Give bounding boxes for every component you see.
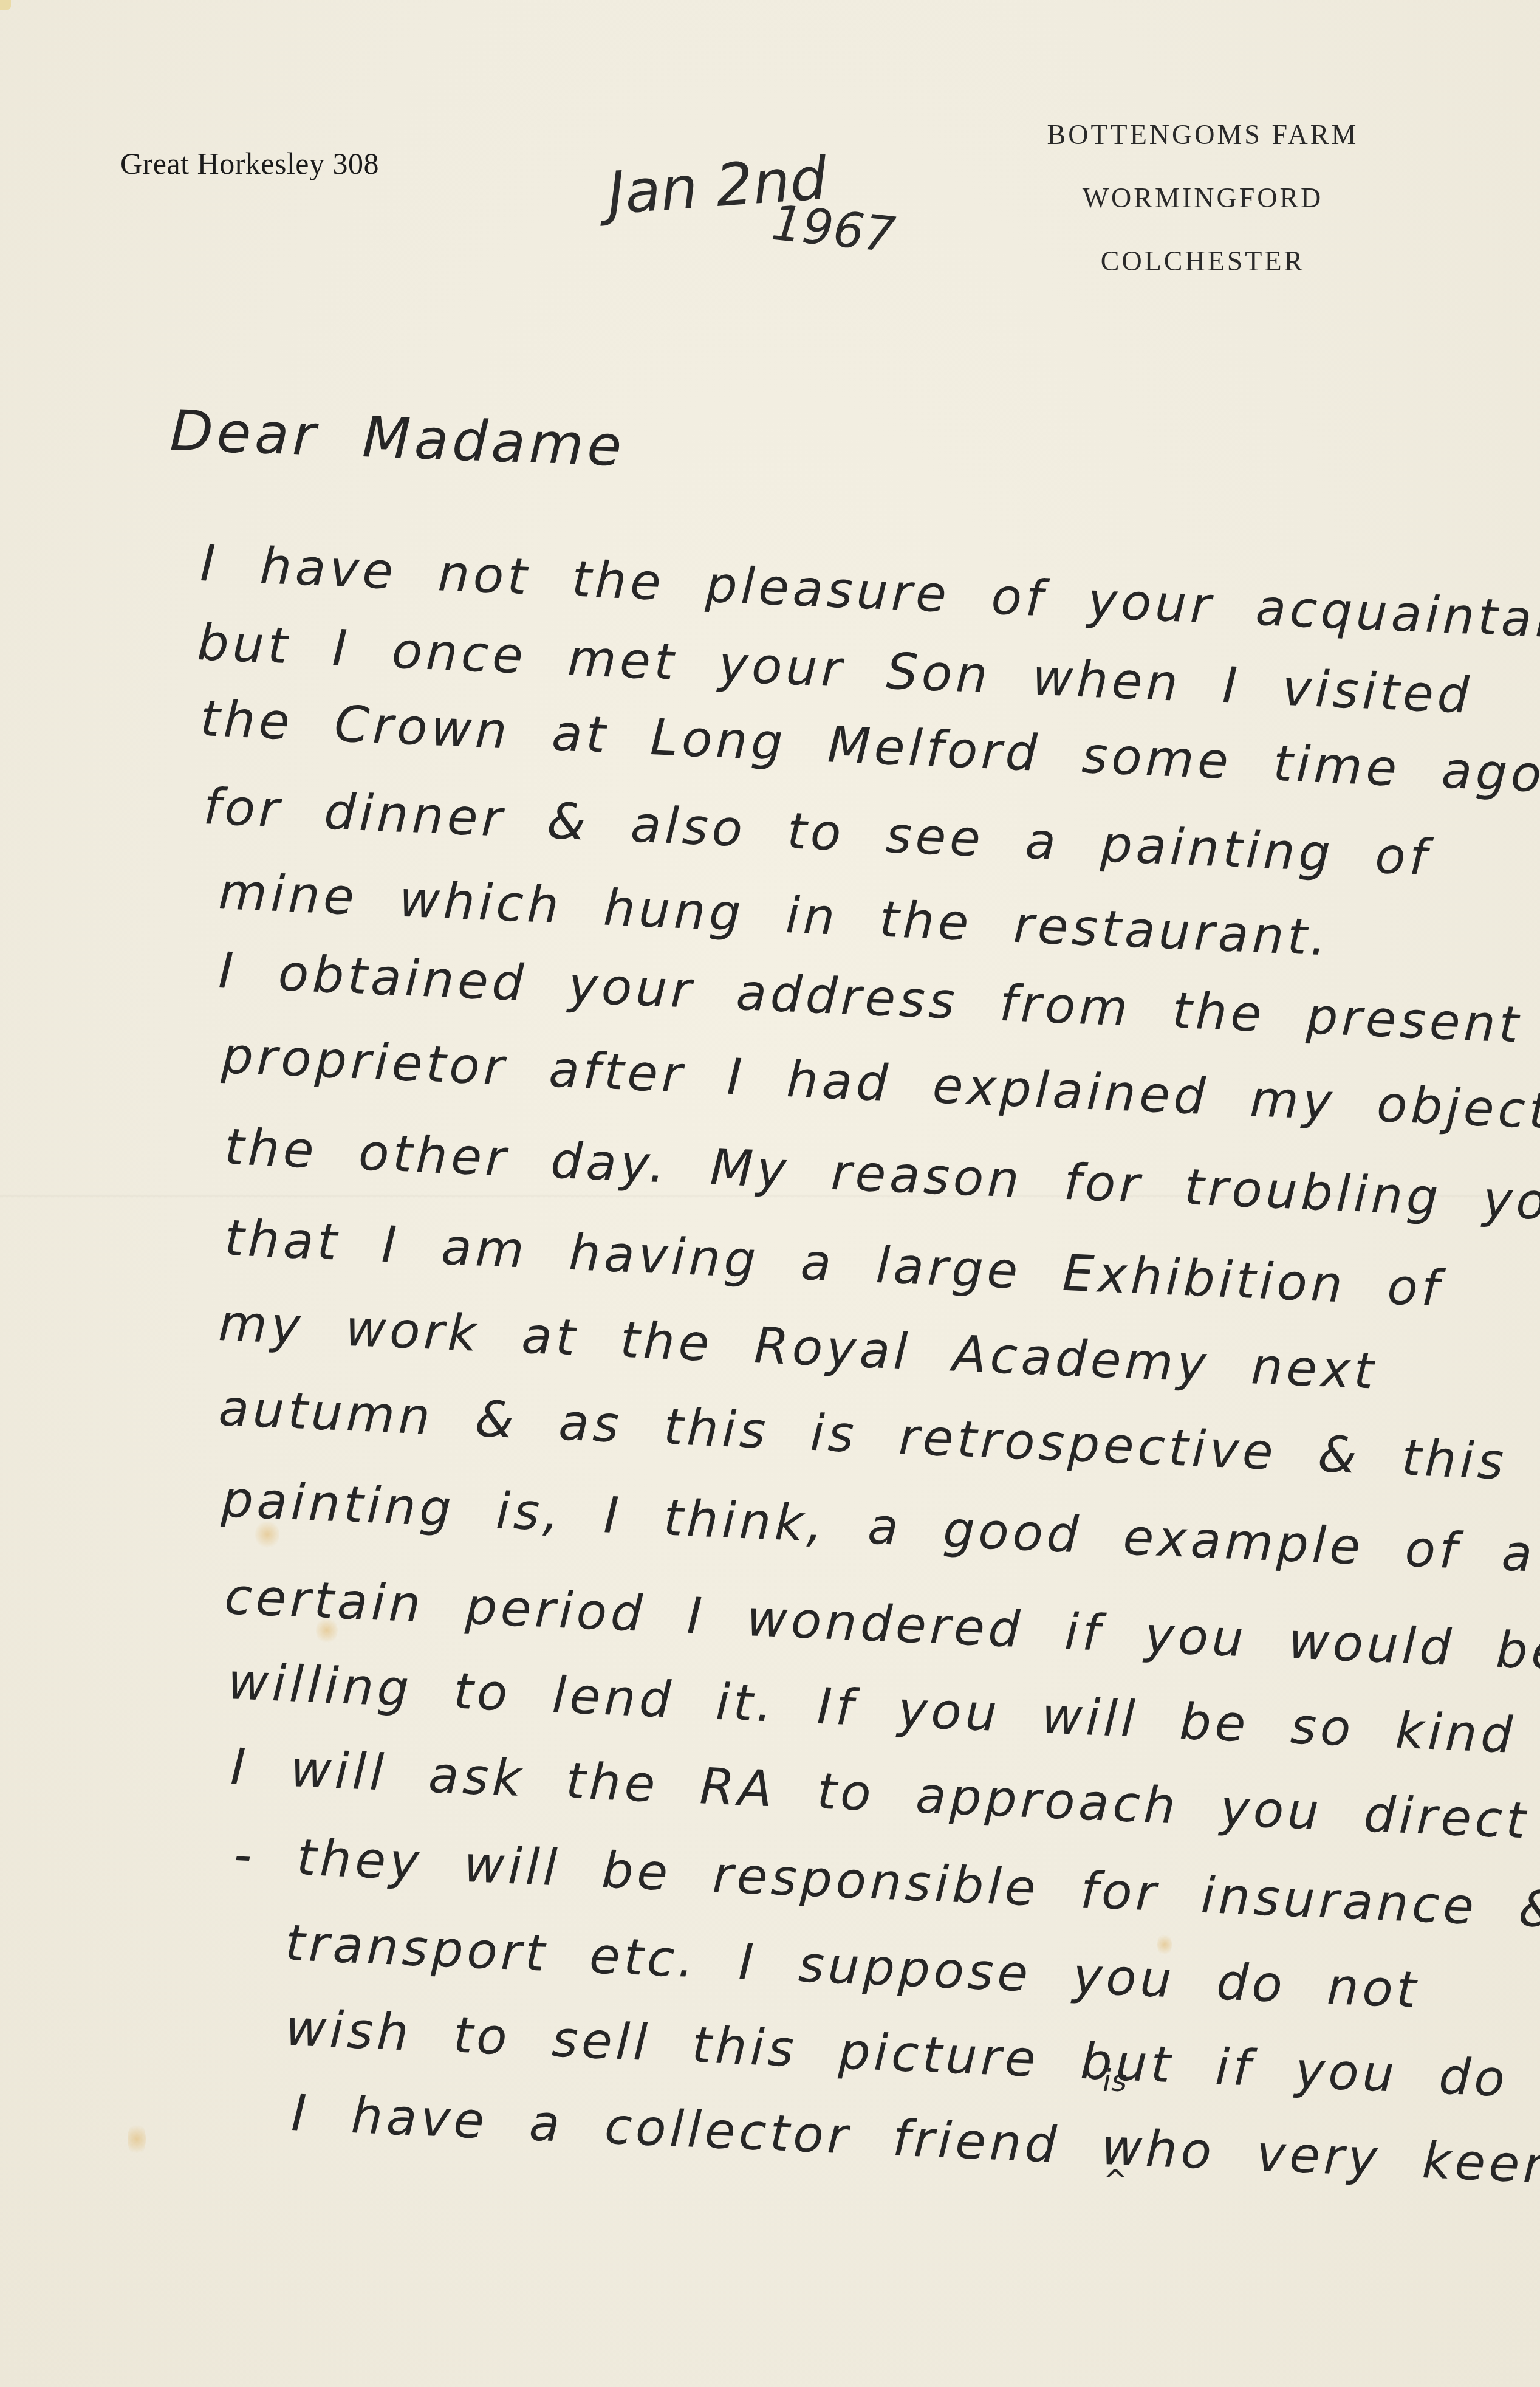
address-line-village: WORMINGFORD — [1002, 167, 1403, 230]
body-line: transport etc. I suppose you do not — [284, 1914, 1421, 2019]
body-line: my work at the Royal Academy next — [217, 1294, 1378, 1401]
foxing-stain — [128, 2121, 146, 2157]
insertion-caret: ^ — [1103, 2163, 1128, 2199]
letterhead-address: BOTTENGOMS FARM WORMINGFORD COLCHESTER — [1002, 103, 1403, 293]
salutation: Dear Madame — [169, 398, 626, 479]
inserted-word: is — [1103, 2063, 1127, 2098]
address-line-farm: BOTTENGOMS FARM — [1002, 103, 1403, 167]
date-year: 1967 — [769, 194, 898, 264]
corner-mount-tab — [0, 0, 11, 10]
letterhead-phone: Great Horkesley 308 — [120, 146, 379, 181]
address-line-town: COLCHESTER — [1002, 230, 1403, 293]
letter-page: Great Horkesley 308 BOTTENGOMS FARM WORM… — [0, 0, 1540, 2387]
body-line: painting is, I think, a good example of … — [221, 1471, 1537, 1584]
